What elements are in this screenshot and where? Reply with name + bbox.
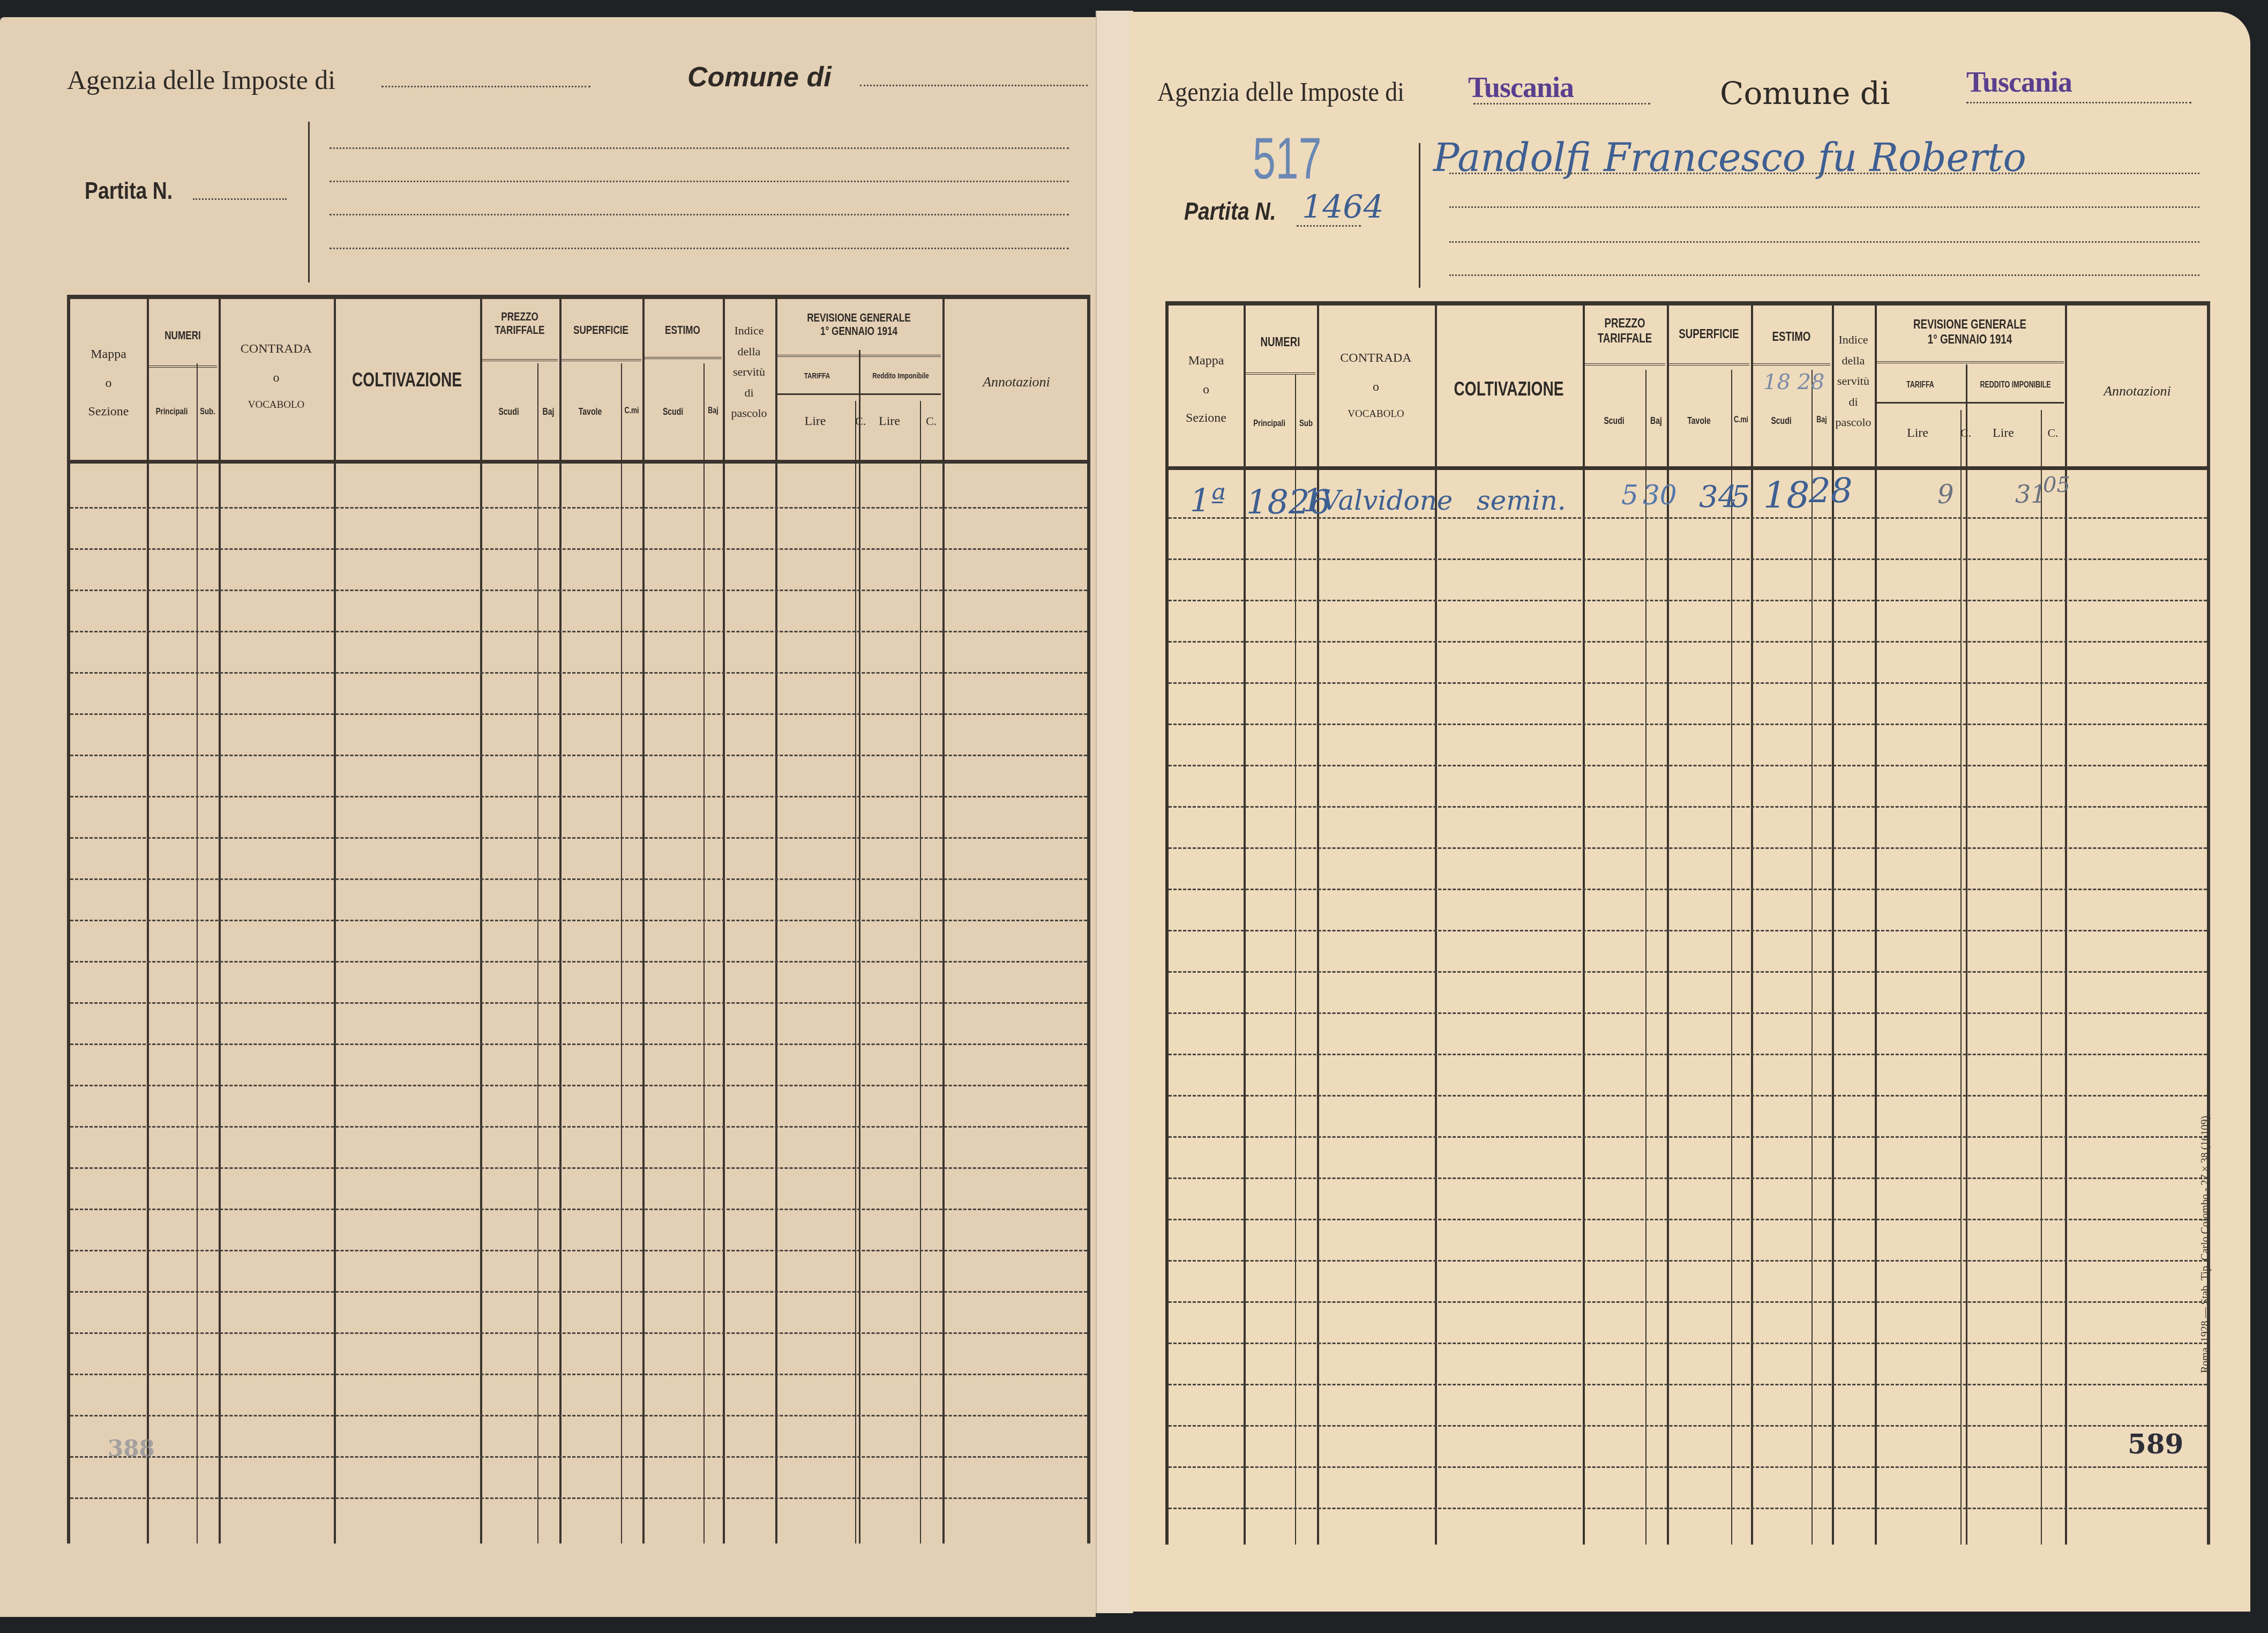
hdr-numeri: NUMERI — [1252, 335, 1309, 350]
partita-value: 1464 — [1302, 189, 1384, 226]
hdr-prezzo-baj: Baj — [540, 406, 557, 417]
hdr-prezzo-scudi: Scudi — [486, 406, 531, 417]
hdr-indice: Indice della servitù di pascolo — [723, 320, 775, 424]
cell-mappa: 1ª — [1190, 482, 1226, 520]
hdr-reddito-lire: Lire — [859, 414, 920, 429]
right-page: Agenzia delle Imposte di Tuscania Comune… — [1131, 12, 2250, 1612]
right-table: Mappa o Sezione NUMERI Principali Sub CO… — [1165, 301, 2210, 1545]
cell-reddito-c: 05 — [2043, 473, 2070, 497]
partita-field[interactable] — [1297, 225, 1361, 227]
hdr-tavole: Tavole — [566, 406, 615, 417]
comune-stamp: Tuscania — [1966, 65, 2072, 99]
faded-stamp-number: 388 — [108, 1435, 155, 1462]
agenzia-stamp: Tuscania — [1468, 71, 1574, 104]
hdr-prezzo-baj: Baj — [1648, 415, 1664, 427]
hdr-reddito: REDDITO IMPONIBILE — [1977, 381, 2054, 390]
hdr-tariffa-lire: Lire — [1875, 426, 1960, 441]
partita-label: Partita N. — [1184, 197, 1276, 226]
comune-label: Comune di — [1720, 75, 1890, 111]
book-spine — [1096, 11, 1133, 1613]
left-table: Mappa o Sezione NUMERI Principali Sub. C… — [67, 295, 1090, 1543]
hdr-sub: Sub. — [199, 406, 216, 417]
hdr-tariffa-lire: Lire — [775, 414, 855, 429]
hdr-tariffa: TARIFFA — [784, 371, 850, 381]
hdr-cmi: C.mi — [1733, 415, 1749, 425]
cell-estimo-baj: 28 — [1809, 472, 1852, 511]
agenzia-label: Agenzia delle Imposte di — [1157, 76, 1404, 107]
hdr-estimo-scudi: Scudi — [1757, 415, 1805, 427]
agenzia-field[interactable] — [381, 86, 590, 87]
agenzia-field[interactable] — [1473, 103, 1650, 105]
hdr-mappa: Mappa o Sezione — [70, 347, 147, 420]
hdr-estimo: ESTIMO — [1760, 330, 1823, 345]
cell-contrada: Valvidone — [1321, 485, 1453, 516]
owner-line-2[interactable] — [330, 181, 1069, 182]
hdr-estimo-baj: Baj — [1814, 415, 1830, 425]
comune-field[interactable] — [860, 85, 1088, 86]
hdr-coltivazione: COLTIVAZIONE — [1451, 378, 1566, 400]
cell-prezzo-baj: 30 — [1643, 480, 1677, 511]
hdr-principali: Principali — [1249, 418, 1290, 429]
hdr-annotazioni: Annotazioni — [2065, 383, 2210, 399]
hdr-sub: Sub — [1298, 418, 1315, 429]
cell-reddito-lire: 31 — [2015, 480, 2047, 509]
hdr-revisione: REVISIONE GENERALE 1° GENNAIO 1914 — [1896, 317, 2044, 347]
cell-estimo-scudi: 18 — [1763, 474, 1810, 517]
owner-line-4[interactable] — [330, 248, 1069, 249]
cell-sub: 1 — [1303, 482, 1323, 520]
left-page: Agenzia delle Imposte di Comune di Parti… — [0, 17, 1096, 1617]
hdr-tariffa: TARIFFA — [1885, 381, 1956, 390]
owner-brace — [1419, 143, 1420, 288]
cell-coltivazione: semin. — [1477, 485, 1566, 516]
hdr-superficie: SUPERFICIE — [1676, 327, 1741, 342]
owner-line-2[interactable] — [1449, 206, 2199, 208]
hdr-contrada: CONTRADA o VOCABOLO — [219, 342, 334, 411]
page-number: 589 — [2128, 1428, 2183, 1460]
cell-tariffa-lire: 9 — [1937, 480, 1954, 510]
hdr-revisione: REVISIONE GENERALE 1° GENNAIO 1914 — [794, 311, 924, 338]
hdr-tavole: Tavole — [1674, 415, 1724, 427]
partita-label: Partita N. — [85, 178, 173, 205]
hdr-annotazioni: Annotazioni — [942, 374, 1090, 390]
hdr-contrada: CONTRADA o VOCABOLO — [1317, 351, 1435, 420]
owner-line-1[interactable] — [1449, 173, 2199, 174]
agenzia-label: Agenzia delle Imposte di — [67, 64, 335, 95]
hdr-indice: Indice della servitù di pascolo — [1832, 330, 1875, 433]
hdr-estimo-scudi: Scudi — [649, 406, 697, 417]
hdr-reddito: Reddito Imponibile — [868, 371, 933, 381]
estimo-header-note: 18 28 — [1763, 370, 1825, 394]
hdr-tariffa-c: C. — [1960, 426, 1966, 439]
owner-brace — [308, 122, 310, 282]
comune-label: Comune di — [687, 61, 832, 93]
partita-field[interactable] — [193, 198, 287, 200]
right-printer-note: Roma, 1928 — Stab. Tip. Carlo Colombo - … — [2199, 1113, 2212, 1373]
hdr-tariffa-c: C. — [855, 414, 859, 428]
comune-field[interactable] — [1966, 102, 2191, 103]
hdr-numeri: NUMERI — [155, 329, 211, 342]
hdr-principali: Principali — [152, 406, 191, 417]
owner-line-1[interactable] — [330, 147, 1069, 149]
owner-line-3[interactable] — [330, 214, 1069, 215]
hdr-estimo-baj: Baj — [706, 406, 721, 416]
hdr-reddito-c: C. — [920, 414, 942, 428]
hdr-prezzo: PREZZO TARIFFALE — [1592, 316, 1657, 346]
hdr-superficie: SUPERFICIE — [568, 323, 633, 337]
owner-line-4[interactable] — [1449, 274, 2199, 276]
partita-number-large: 517 — [1253, 124, 1321, 192]
hdr-prezzo-scudi: Scudi — [1590, 415, 1638, 427]
hdr-estimo: ESTIMO — [652, 323, 714, 337]
hdr-reddito-lire: Lire — [1966, 426, 2041, 441]
cell-superficie-cmi: 5 — [1731, 480, 1750, 514]
hdr-mappa: Mappa o Sezione — [1169, 354, 1244, 426]
hdr-reddito-c: C. — [2041, 426, 2065, 439]
hdr-prezzo: PREZZO TARIFFALE — [489, 310, 550, 337]
hdr-cmi: C.mi — [623, 406, 640, 416]
owner-line-3[interactable] — [1449, 241, 2199, 243]
cell-prezzo-scudi: 5 — [1621, 480, 1638, 511]
hdr-coltivazione: COLTIVAZIONE — [350, 369, 464, 391]
